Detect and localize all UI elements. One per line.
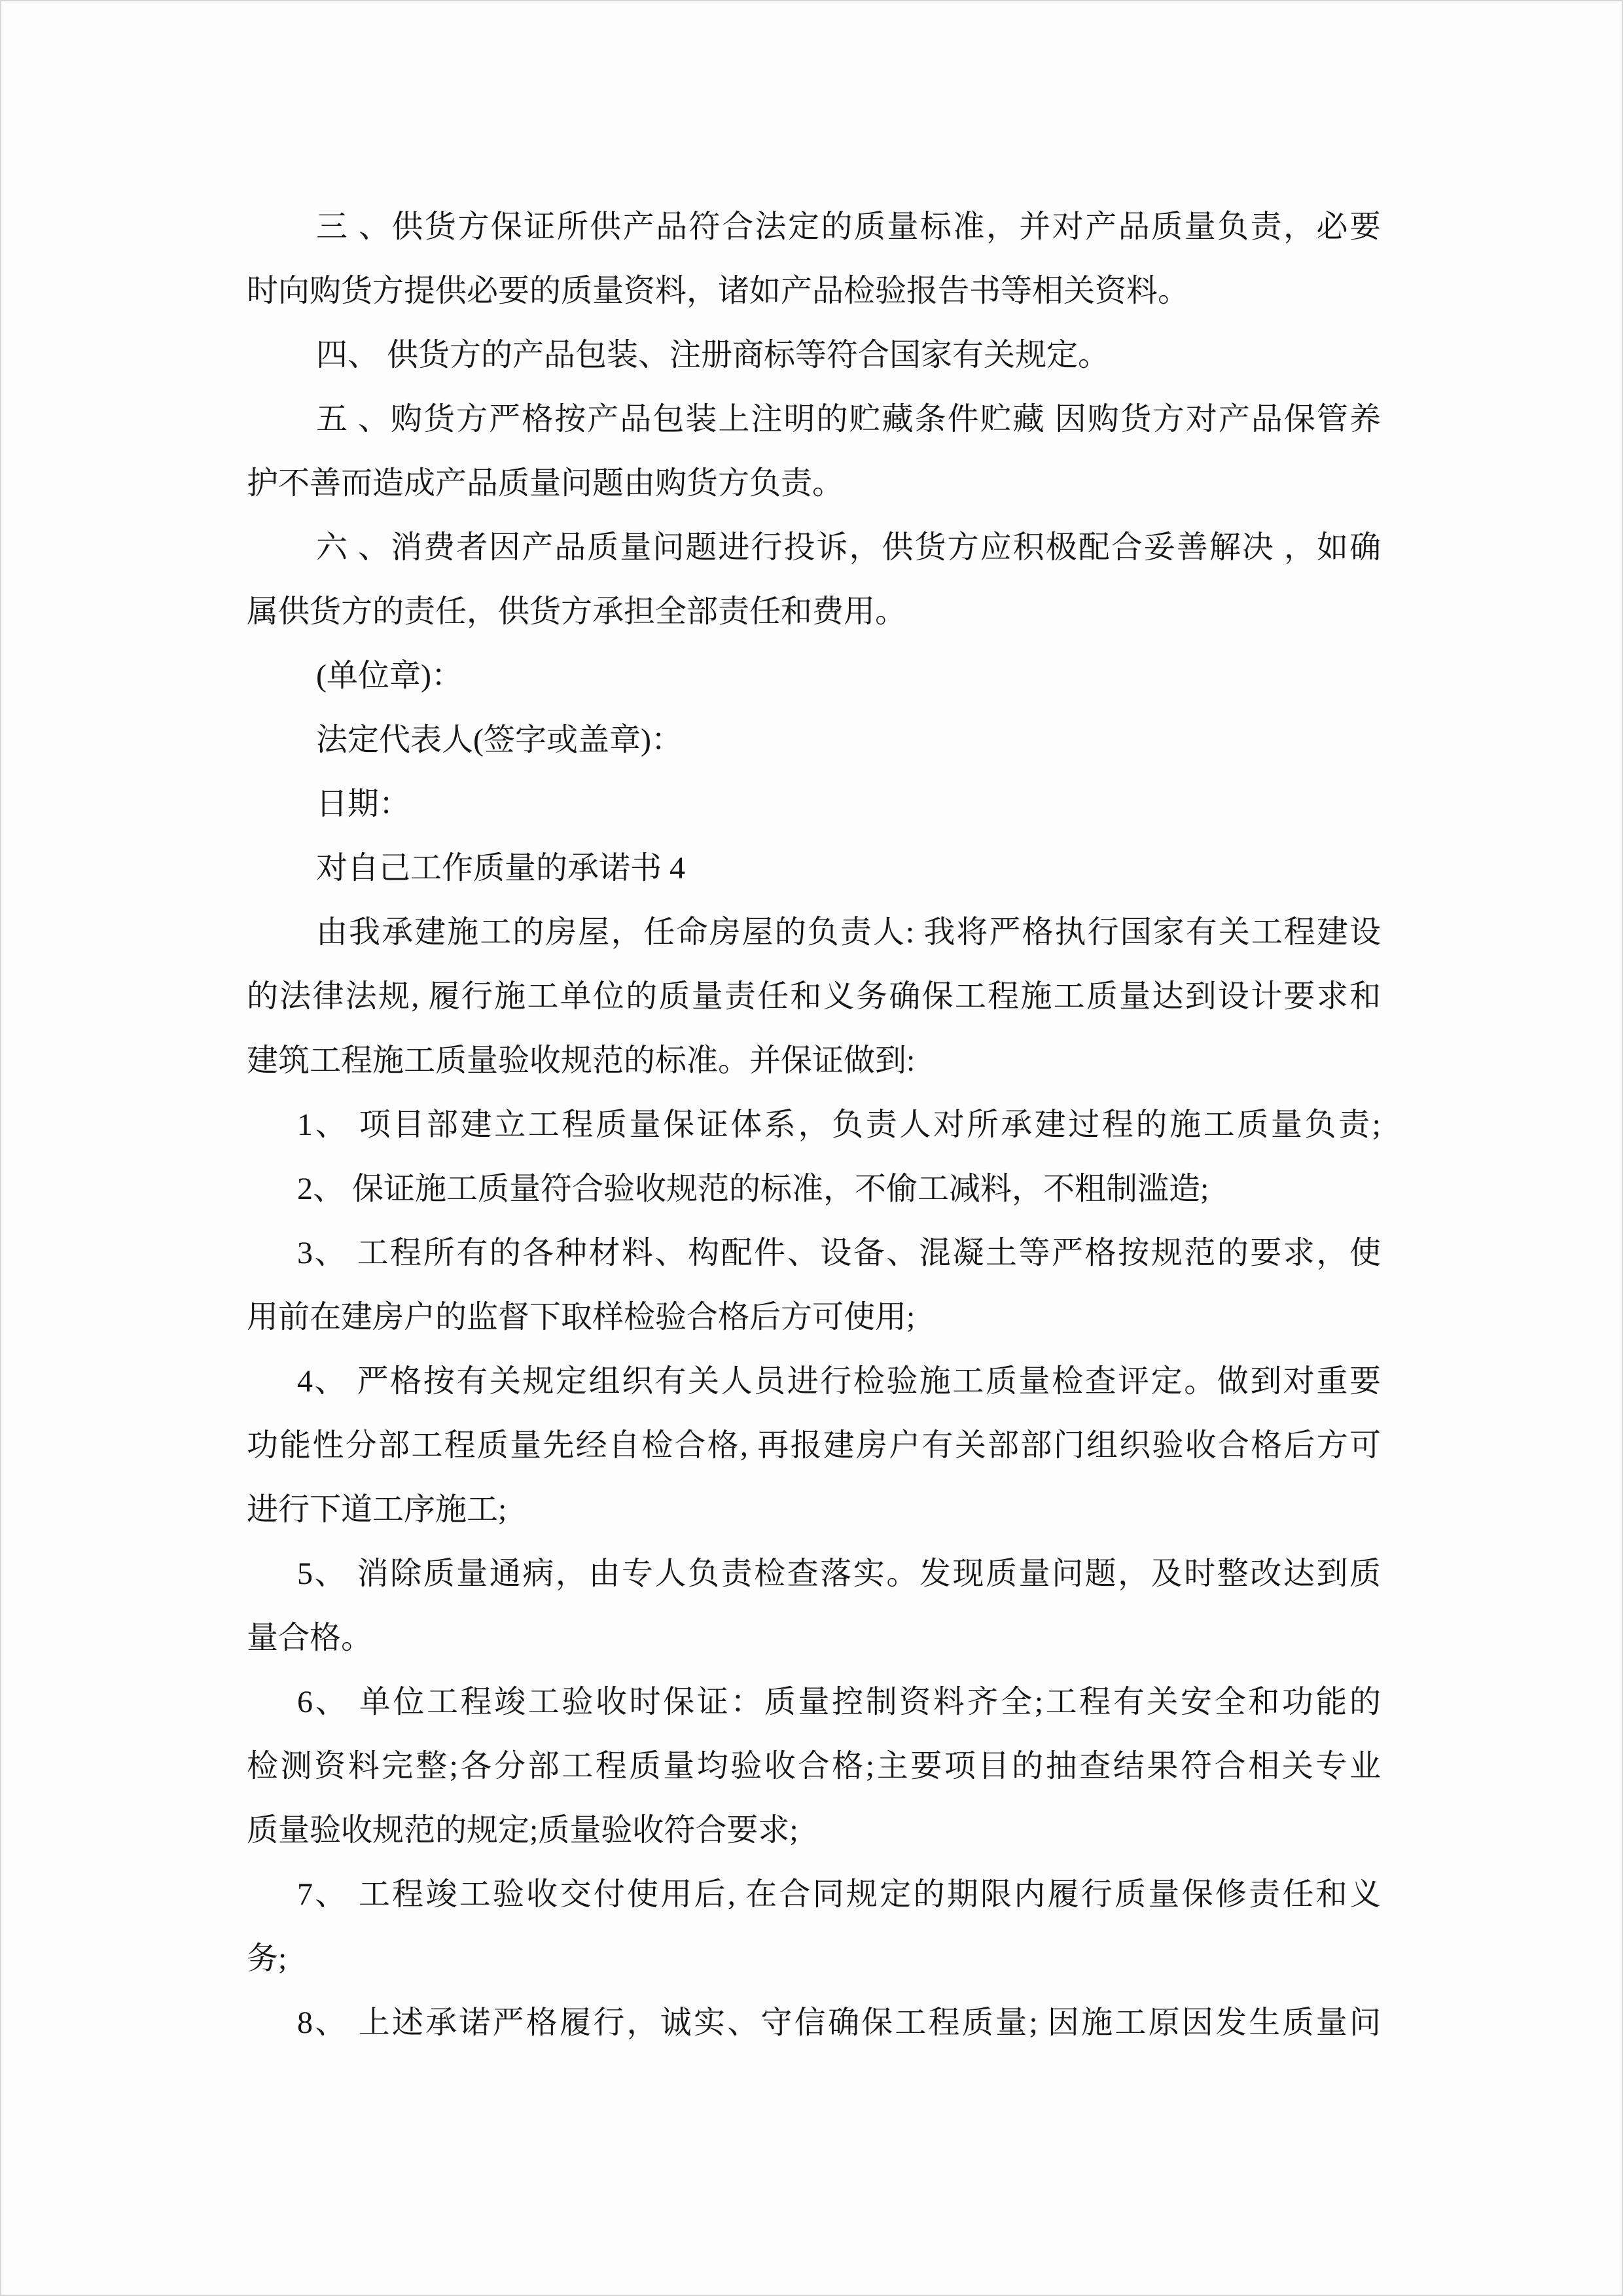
text-line: 质量验收规范的规定;质量验收符合要求;	[247, 1799, 1381, 1863]
text-line: 8、 上述承诺严格履行，诚实、守信确保工程质量; 因施工原因发生质量问	[247, 1991, 1381, 2055]
text-line: (单位章)：	[247, 644, 1381, 708]
text-line: 5、 消除质量通病，由专人负责检查落实。发现质量问题，及时整改达到质	[247, 1542, 1381, 1606]
text-line: 属供货方的责任，供货方承担全部责任和费用。	[247, 580, 1381, 644]
text-line: 4、 严格按有关规定组织有关人员进行检验施工质量检查评定。做到对重要	[247, 1350, 1381, 1414]
text-line: 日期：	[247, 772, 1381, 836]
text-line: 建筑工程施工质量验收规范的标准。并保证做到:	[247, 1029, 1381, 1093]
text-line: 三 、供货方保证所供产品符合法定的质量标准，并对产品质量负责，必要	[247, 195, 1381, 259]
text-line: 7、 工程竣工验收交付使用后, 在合同规定的期限内履行质量保修责任和义	[247, 1863, 1381, 1927]
text-line: 1、 项目部建立工程质量保证体系，负责人对所承建过程的施工质量负责;	[247, 1093, 1381, 1157]
text-line: 用前在建房户的监督下取样检验合格后方可使用;	[247, 1285, 1381, 1350]
text-line: 3、 工程所有的各种材料、构配件、设备、混凝土等严格按规范的要求，使	[247, 1221, 1381, 1285]
text-line: 检测资料完整;各分部工程质量均验收合格;主要项目的抽查结果符合相关专业	[247, 1734, 1381, 1799]
text-line: 四、 供货方的产品包装、注册商标等符合国家有关规定。	[247, 323, 1381, 387]
text-line: 时向购货方提供必要的质量资料，诸如产品检验报告书等相关资料。	[247, 259, 1381, 323]
document-body: 三 、供货方保证所供产品符合法定的质量标准，并对产品质量负责，必要时向购货方提供…	[247, 195, 1381, 2055]
text-line: 由我承建施工的房屋，任命房屋的负责人: 我将严格执行国家有关工程建设	[247, 901, 1381, 965]
text-line: 法定代表人(签字或盖章)：	[247, 708, 1381, 772]
text-line: 2、 保证施工质量符合验收规范的标准，不偷工减料，不粗制滥造;	[247, 1157, 1381, 1221]
text-line: 的法律法规, 履行施工单位的质量责任和义务确保工程施工质量达到设计要求和	[247, 965, 1381, 1029]
text-line: 对自己工作质量的承诺书 4	[247, 836, 1381, 901]
text-line: 6、 单位工程竣工验收时保证：质量控制资料齐全;工程有关安全和功能的	[247, 1670, 1381, 1734]
text-line: 务;	[247, 1927, 1381, 1991]
text-line: 六 、消费者因产品质量问题进行投诉，供货方应积极配合妥善解决 ，如确	[247, 516, 1381, 580]
document-page: 三 、供货方保证所供产品符合法定的质量标准，并对产品质量负责，必要时向购货方提供…	[0, 0, 1623, 2296]
text-line: 五 、购货方严格按产品包装上注明的贮藏条件贮藏 因购货方对产品保管养	[247, 387, 1381, 452]
text-line: 量合格。	[247, 1606, 1381, 1670]
text-line: 进行下道工序施工;	[247, 1478, 1381, 1542]
text-line: 护不善而造成产品质量问题由购货方负责。	[247, 452, 1381, 516]
text-line: 功能性分部工程质量先经自检合格, 再报建房户有关部部门组织验收合格后方可	[247, 1414, 1381, 1478]
